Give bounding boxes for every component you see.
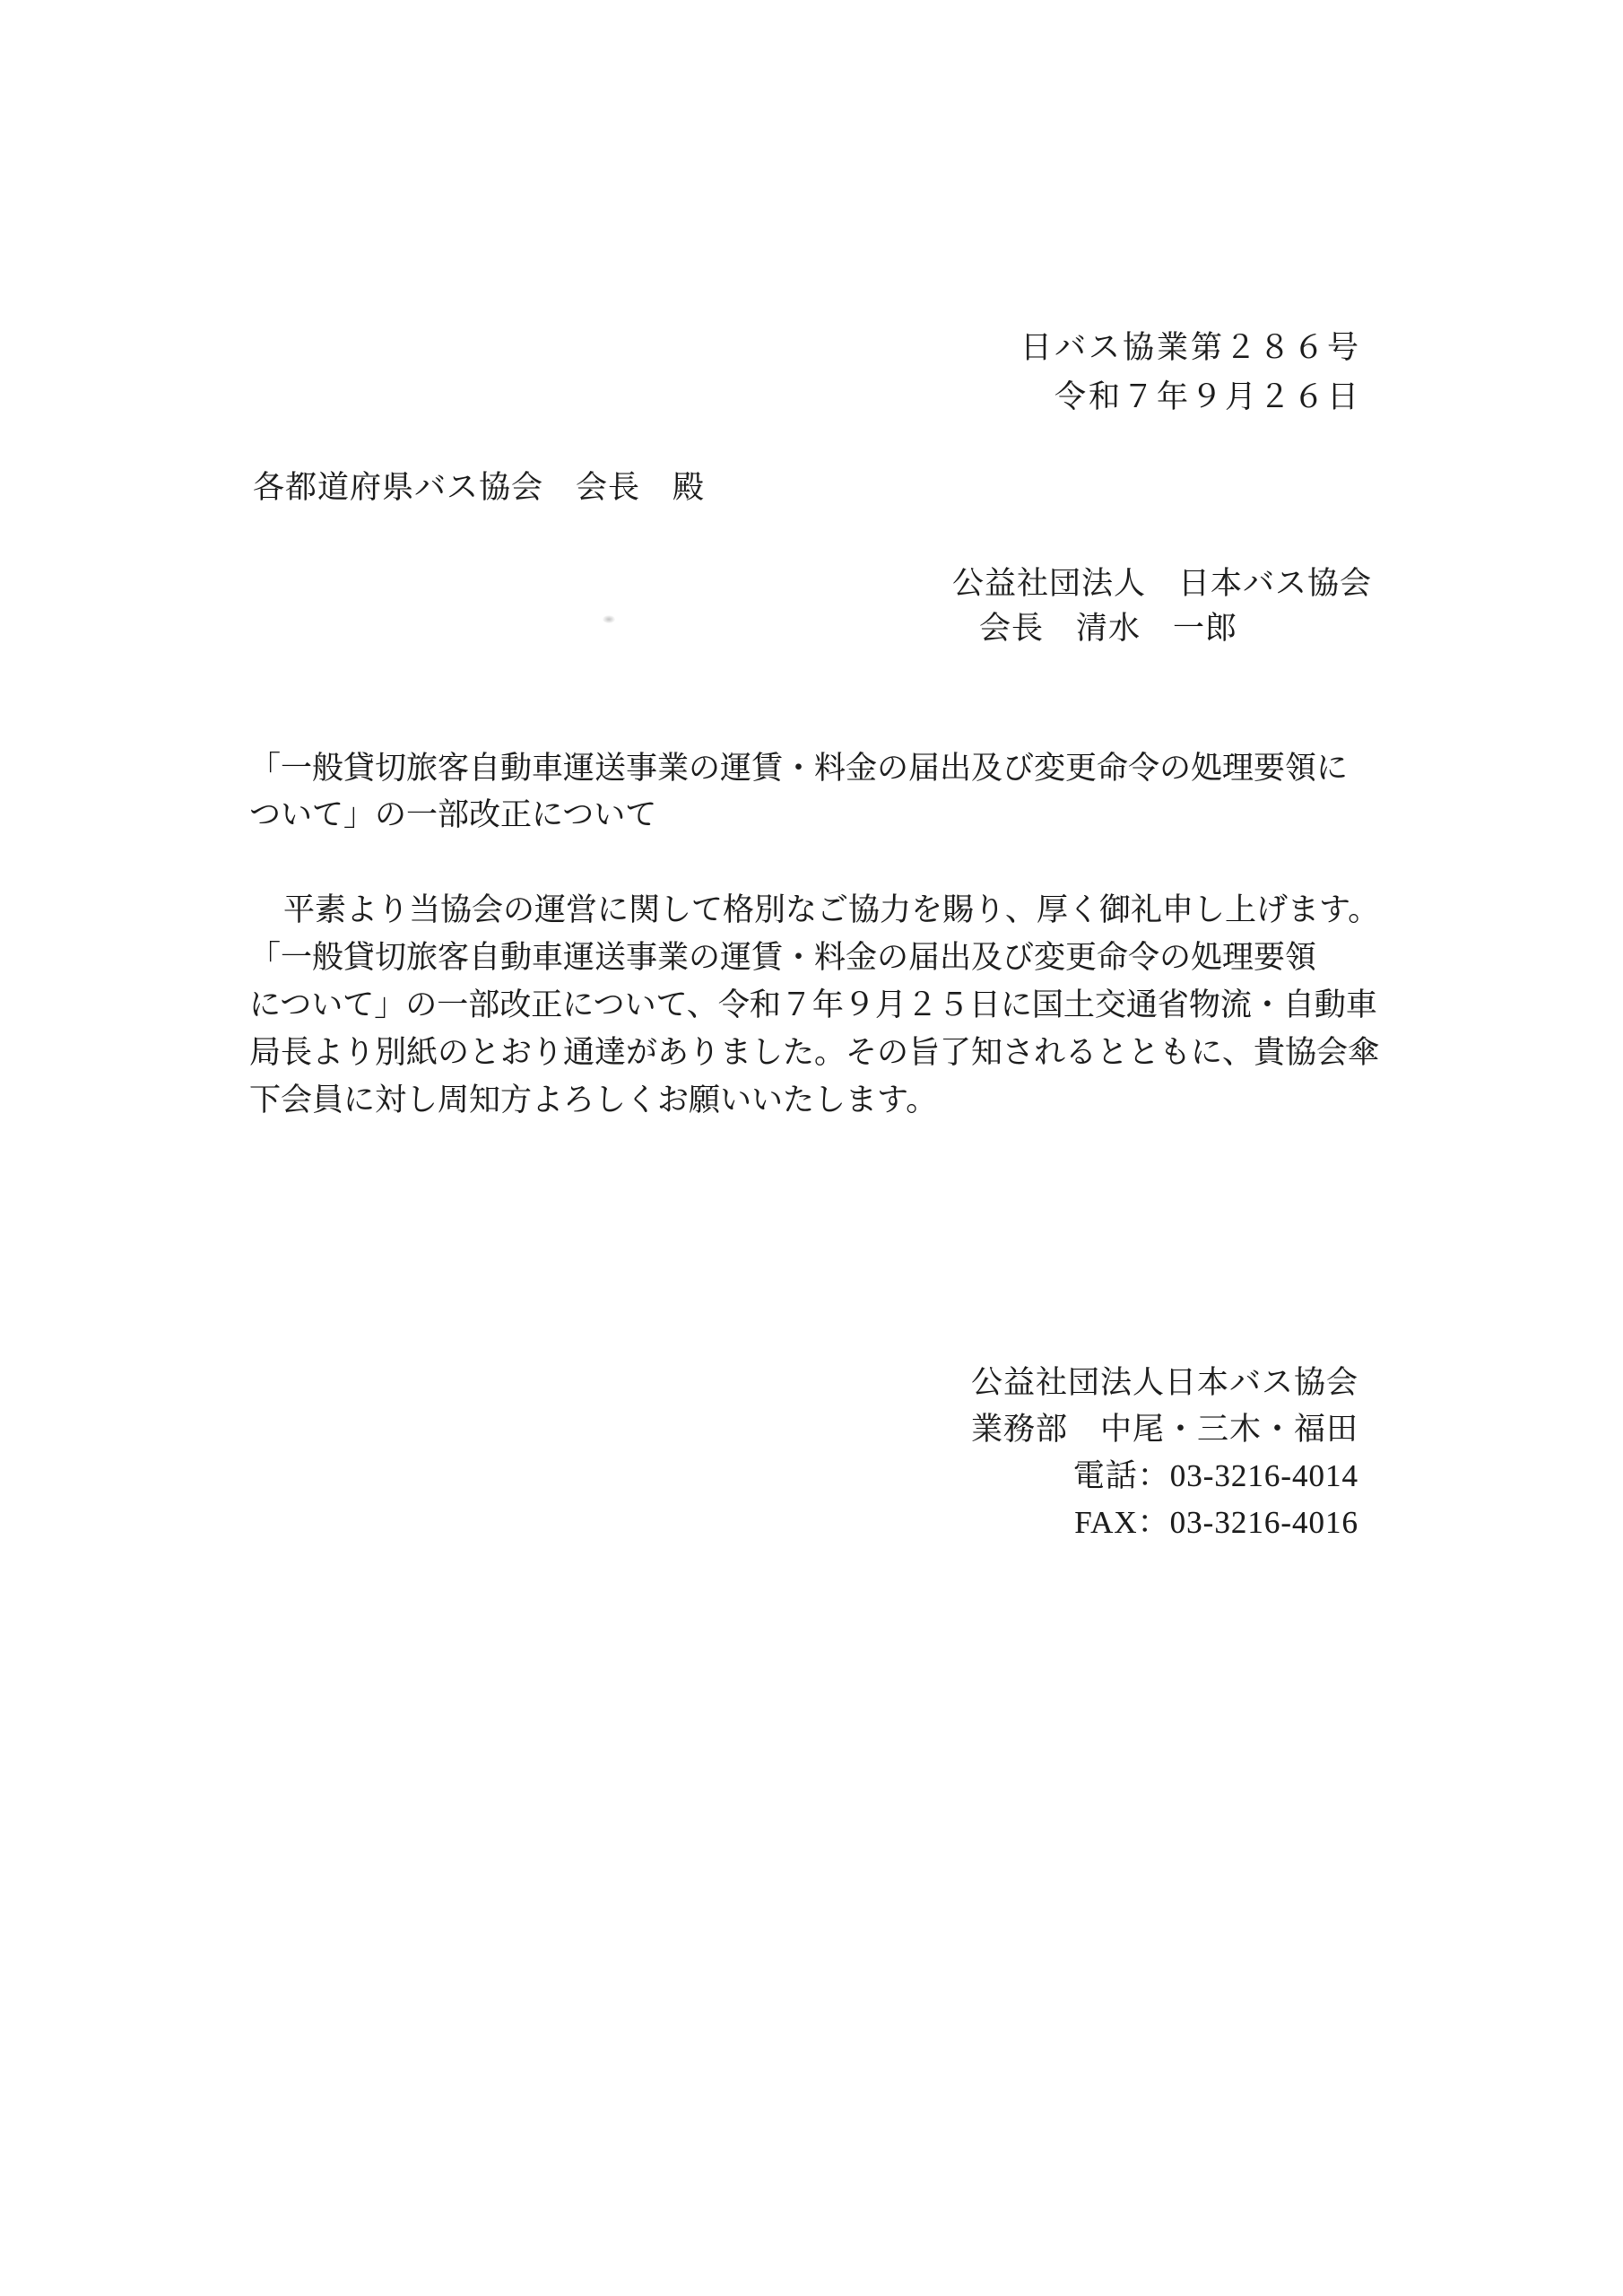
scan-smudge-artifact: [603, 615, 615, 623]
document-meta: 日バス協業第２８６号 令和７年９月２６日: [1020, 323, 1361, 422]
addressee-block: 各都道府県バス協会 会長 殿: [253, 465, 705, 511]
subject-line-1: 「一般貸切旅客自動車運送事業の運賃・料金の届出及び変更命令の処理要領に: [249, 745, 1348, 792]
sender-block: 公益社団法人 日本バス協会 会長 清水 一郎: [952, 561, 1372, 651]
sender-organization: 公益社団法人 日本バス協会: [952, 561, 1372, 606]
body-line: 下会員に対し周知方よろしくお願いいたします。: [249, 1076, 1379, 1124]
subject-block: 「一般貸切旅客自動車運送事業の運賃・料金の届出及び変更命令の処理要領に ついて」…: [249, 745, 1348, 839]
body-line: について」の一部改正について、令和７年９月２５日に国土交通省物流・自動車: [249, 981, 1379, 1029]
body-paragraph: 平素より当協会の運営に関して格別なご協力を賜り、厚く御礼申し上げます。 「一般貸…: [249, 886, 1379, 1124]
subject-line-2: ついて」の一部改正について: [249, 792, 1348, 839]
issue-date: 令和７年９月２６日: [1020, 372, 1361, 422]
footer-department: 業務部 中尾・三木・福田: [971, 1406, 1358, 1453]
body-line: 局長より別紙のとおり通達がありました。その旨了知されるとともに、貴協会傘: [249, 1029, 1379, 1076]
sender-representative: 会長 清水 一郎: [952, 606, 1372, 651]
body-line: 平素より当協会の運営に関して格別なご協力を賜り、厚く御礼申し上げます。: [249, 886, 1379, 934]
scanned-letter-page: 日バス協業第２８６号 令和７年９月２６日 各都道府県バス協会 会長 殿 公益社団…: [0, 0, 1623, 2296]
body-line: 「一般貸切旅客自動車運送事業の運賃・料金の届出及び変更命令の処理要領: [249, 934, 1379, 981]
footer-contact-block: 公益社団法人日本バス協会 業務部 中尾・三木・福田 電話：03-3216-401…: [971, 1360, 1358, 1546]
addressee-line: 各都道府県バス協会 会長 殿: [253, 465, 705, 511]
footer-organization: 公益社団法人日本バス協会: [971, 1360, 1358, 1406]
footer-phone: 電話：03-3216-4014: [971, 1453, 1358, 1500]
footer-fax: FAX：03-3216-4016: [971, 1500, 1358, 1546]
document-number: 日バス協業第２８６号: [1020, 323, 1361, 372]
